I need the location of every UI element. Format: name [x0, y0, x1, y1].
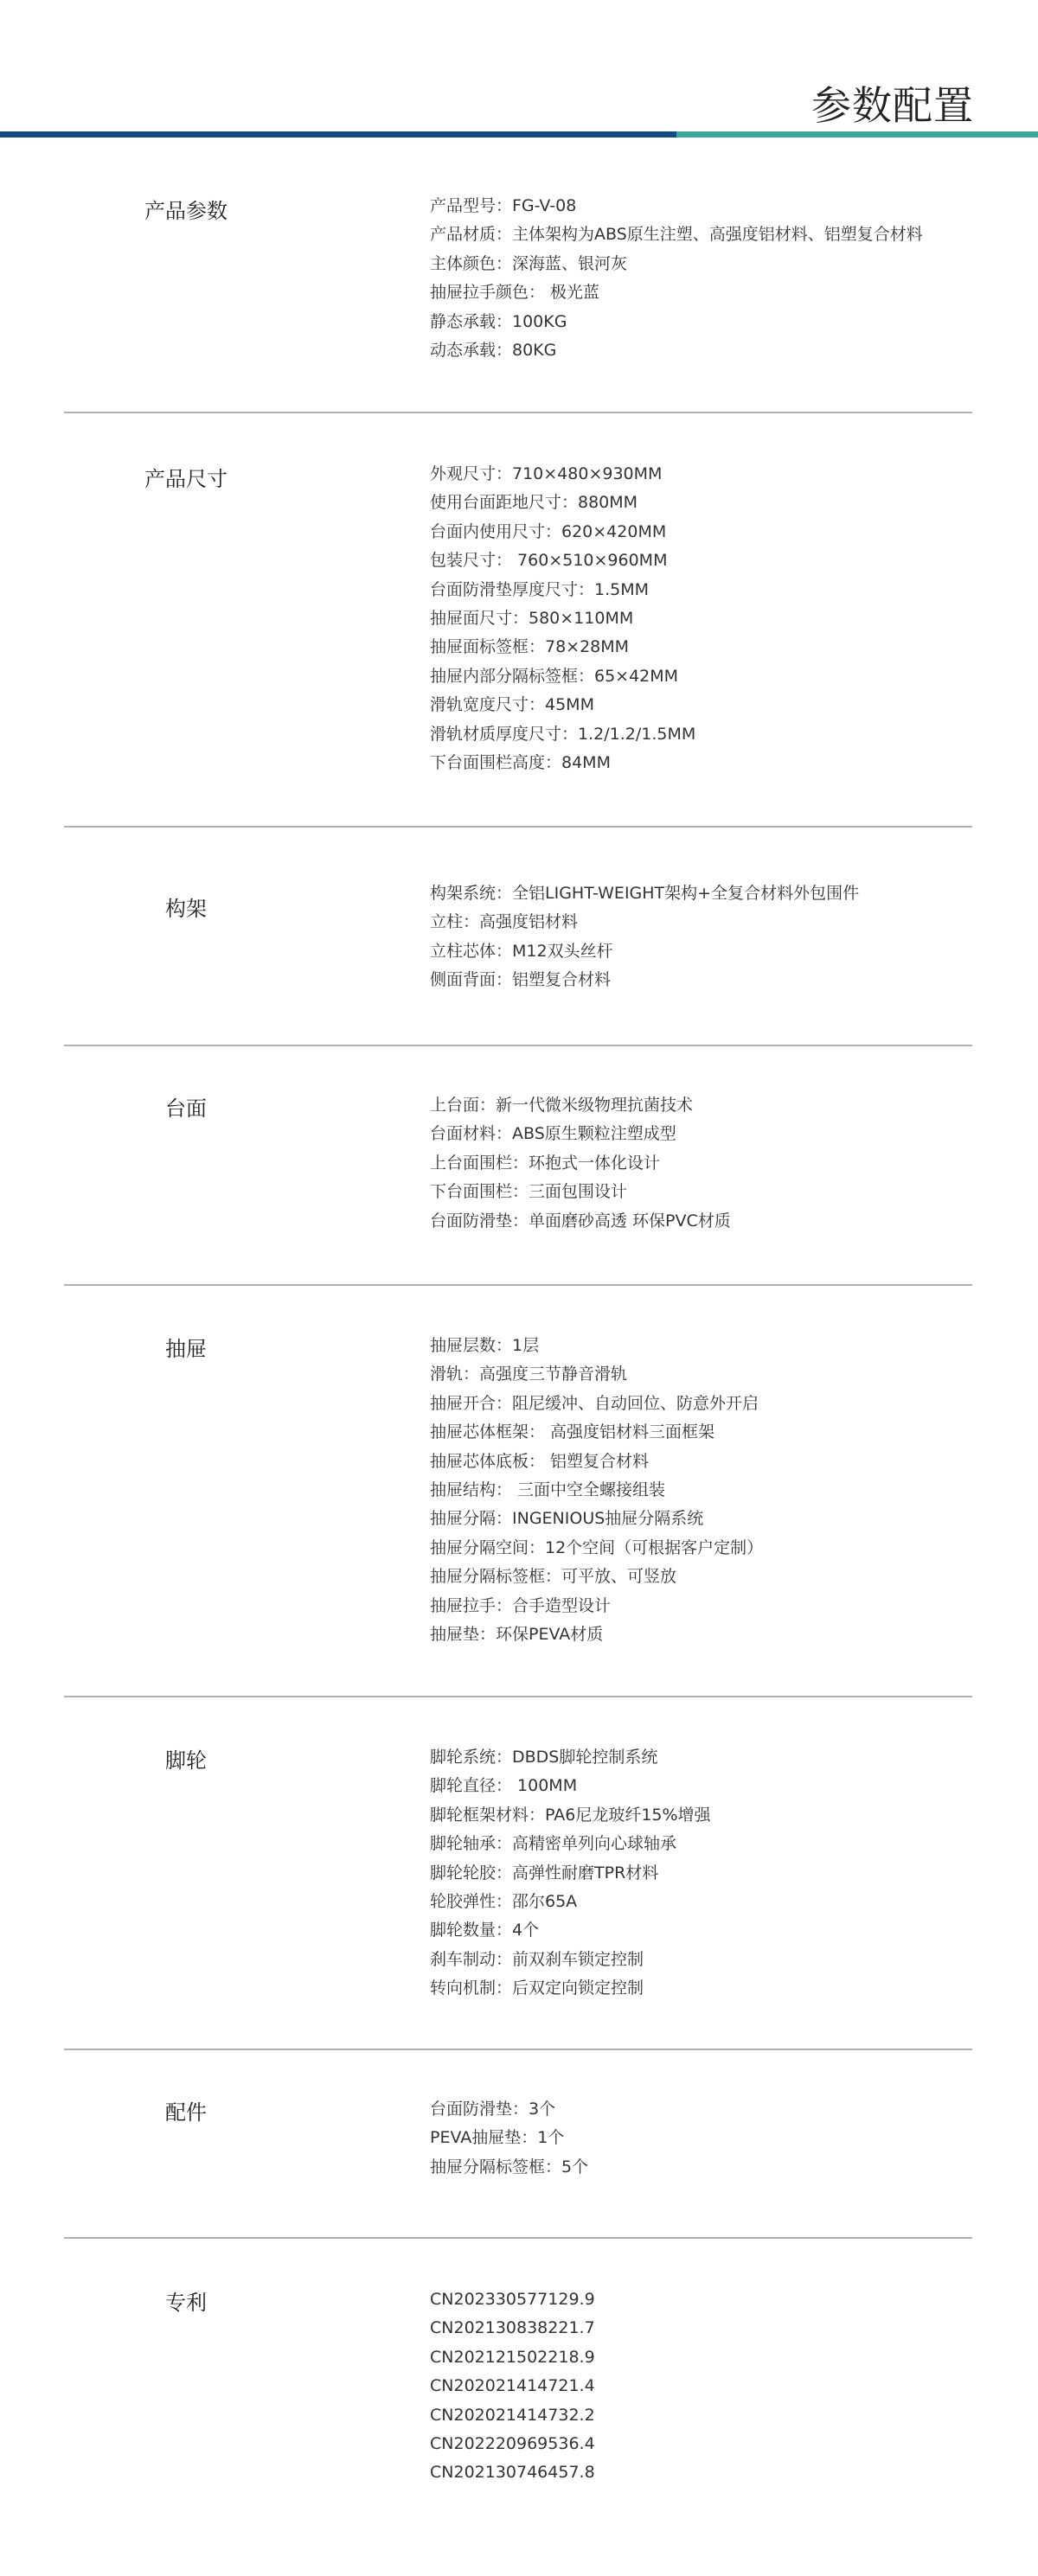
section-divider: [64, 1696, 972, 1697]
header-color-bar: [0, 131, 1038, 137]
section-title: 构架: [0, 892, 372, 922]
patent-number: CN202220969536.4: [430, 2430, 595, 2458]
spec-item: 上台面围栏：环抱式一体化设计: [430, 1149, 731, 1178]
spec-item: 转向机制：后双定向锁定控制: [430, 1974, 711, 2003]
spec-item: 主体颜色：深海蓝、银河灰: [430, 250, 923, 278]
spec-item: 脚轮轮胶：高弹性耐磨TPR材料: [430, 1859, 711, 1888]
section-title: 产品参数: [0, 194, 372, 224]
spec-item: 脚轮框架材料：PA6尼龙玻纤15%增强: [430, 1801, 711, 1830]
spec-item: 下台面围栏：三面包围设计: [430, 1178, 731, 1206]
section-divider: [64, 2237, 972, 2239]
spec-list: 产品型号：FG-V-08 产品材质：主体架构为ABS原生注塑、高强度铝材料、铝塑…: [430, 192, 923, 365]
section-title: 脚轮: [0, 1743, 372, 1774]
patent-list: CN202330577129.9 CN202130838221.7 CN2021…: [430, 2285, 595, 2488]
patent-number: CN202130746457.8: [430, 2458, 595, 2487]
spec-item: 抽屉分隔标签框：5个: [430, 2153, 588, 2182]
spec-item: 台面防滑垫：3个: [430, 2095, 588, 2124]
spec-item: 抽屉结构： 三面中空全螺接组装: [430, 1476, 763, 1505]
header-bar-teal: [676, 131, 1038, 137]
section-title: 抽屉: [0, 1332, 372, 1362]
patent-number: CN202021414721.4: [430, 2372, 595, 2400]
section-divider: [64, 1045, 972, 1046]
spec-list: 台面防滑垫：3个 PEVA抽屉垫：1个 抽屉分隔标签框：5个: [430, 2095, 588, 2182]
spec-list: 抽屉层数：1层 滑轨：高强度三节静音滑轨 抽屉开合：阻尼缓冲、自动回位、防意外开…: [430, 1332, 763, 1649]
spec-item: 抽屉芯体框架： 高强度铝材料三面框架: [430, 1418, 763, 1447]
spec-item: 抽屉面尺寸：580×110MM: [430, 604, 695, 633]
spec-item: 产品型号：FG-V-08: [430, 192, 923, 221]
spec-item: 上台面：新一代微米级物理抗菌技术: [430, 1091, 731, 1120]
spec-item: 抽屉层数：1层: [430, 1332, 763, 1360]
spec-item: 静态承载：100KG: [430, 308, 923, 336]
spec-item: 脚轮轴承：高精密单列向心球轴承: [430, 1830, 711, 1858]
spec-item: 抽屉拉手颜色： 极光蓝: [430, 278, 923, 307]
spec-item: 立柱：高强度铝材料: [430, 908, 859, 936]
spec-list: 上台面：新一代微米级物理抗菌技术 台面材料：ABS原生颗粒注塑成型 上台面围栏：…: [430, 1091, 731, 1236]
section-divider: [64, 412, 972, 413]
spec-item: 侧面背面：铝塑复合材料: [430, 966, 859, 994]
spec-item: 抽屉分隔标签框：可平放、可竖放: [430, 1563, 763, 1591]
page-title: 参数配置: [811, 80, 974, 131]
spec-item: 滑轨材质厚度尺寸：1.2/1.2/1.5MM: [430, 720, 695, 749]
spec-item: 滑轨宽度尺寸：45MM: [430, 691, 695, 719]
section-title: 产品尺寸: [0, 462, 372, 492]
spec-list: 脚轮系统：DBDS脚轮控制系统 脚轮直径： 100MM 脚轮框架材料：PA6尼龙…: [430, 1743, 711, 2004]
spec-item: 产品材质：主体架构为ABS原生注塑、高强度铝材料、铝塑复合材料: [430, 221, 923, 249]
spec-item: 抽屉面标签框：78×28MM: [430, 633, 695, 662]
spec-item: 立柱芯体：M12双头丝杆: [430, 937, 859, 966]
spec-item: 构架系统：全铝LIGHT-WEIGHT架构+全复合材料外包围件: [430, 879, 859, 908]
spec-item: 抽屉分隔：INGENIOUS抽屉分隔系统: [430, 1505, 763, 1533]
header-bar-blue: [0, 131, 676, 137]
patent-number: CN202121502218.9: [430, 2343, 595, 2372]
spec-item: 下台面围栏高度：84MM: [430, 749, 695, 777]
section-divider: [64, 1284, 972, 1286]
patent-number: CN202330577129.9: [430, 2285, 595, 2314]
spec-item: 台面防滑垫厚度尺寸：1.5MM: [430, 576, 695, 604]
spec-item: 脚轮直径： 100MM: [430, 1772, 711, 1800]
spec-item: 包装尺寸： 760×510×960MM: [430, 547, 695, 575]
spec-item: 轮胶弹性：邵尔65A: [430, 1888, 711, 1916]
spec-item: 抽屉内部分隔标签框：65×42MM: [430, 662, 695, 691]
section-divider: [64, 2049, 972, 2050]
spec-item: 台面材料：ABS原生颗粒注塑成型: [430, 1120, 731, 1148]
spec-item: 脚轮系统：DBDS脚轮控制系统: [430, 1743, 711, 1772]
section-title: 配件: [0, 2095, 372, 2125]
spec-item: 动态承载：80KG: [430, 336, 923, 365]
spec-item: 抽屉垫：环保PEVA材质: [430, 1620, 763, 1649]
spec-item: 抽屉拉手：合手造型设计: [430, 1592, 763, 1620]
spec-item: 台面防滑垫：单面磨砂高透 环保PVC材质: [430, 1207, 731, 1236]
spec-item: 外观尺寸：710×480×930MM: [430, 460, 695, 489]
patent-number: CN202021414732.2: [430, 2401, 595, 2430]
spec-item: 使用台面距地尺寸：880MM: [430, 489, 695, 517]
spec-item: 台面内使用尺寸：620×420MM: [430, 518, 695, 547]
section-title: 专利: [0, 2285, 372, 2316]
spec-item: 刹车制动：前双刹车锁定控制: [430, 1946, 711, 1974]
spec-item: PEVA抽屉垫：1个: [430, 2124, 588, 2152]
spec-item: 抽屉开合：阻尼缓冲、自动回位、防意外开启: [430, 1390, 763, 1418]
section-divider: [64, 826, 972, 828]
spec-list: 构架系统：全铝LIGHT-WEIGHT架构+全复合材料外包围件 立柱：高强度铝材…: [430, 879, 859, 995]
spec-item: 抽屉分隔空间：12个空间（可根据客户定制）: [430, 1534, 763, 1563]
patent-number: CN202130838221.7: [430, 2314, 595, 2343]
section-title: 台面: [0, 1091, 372, 1122]
spec-list: 外观尺寸：710×480×930MM 使用台面距地尺寸：880MM 台面内使用尺…: [430, 460, 695, 777]
spec-item: 脚轮数量：4个: [430, 1916, 711, 1945]
spec-item: 滑轨：高强度三节静音滑轨: [430, 1360, 763, 1389]
spec-item: 抽屉芯体底板： 铝塑复合材料: [430, 1448, 763, 1476]
